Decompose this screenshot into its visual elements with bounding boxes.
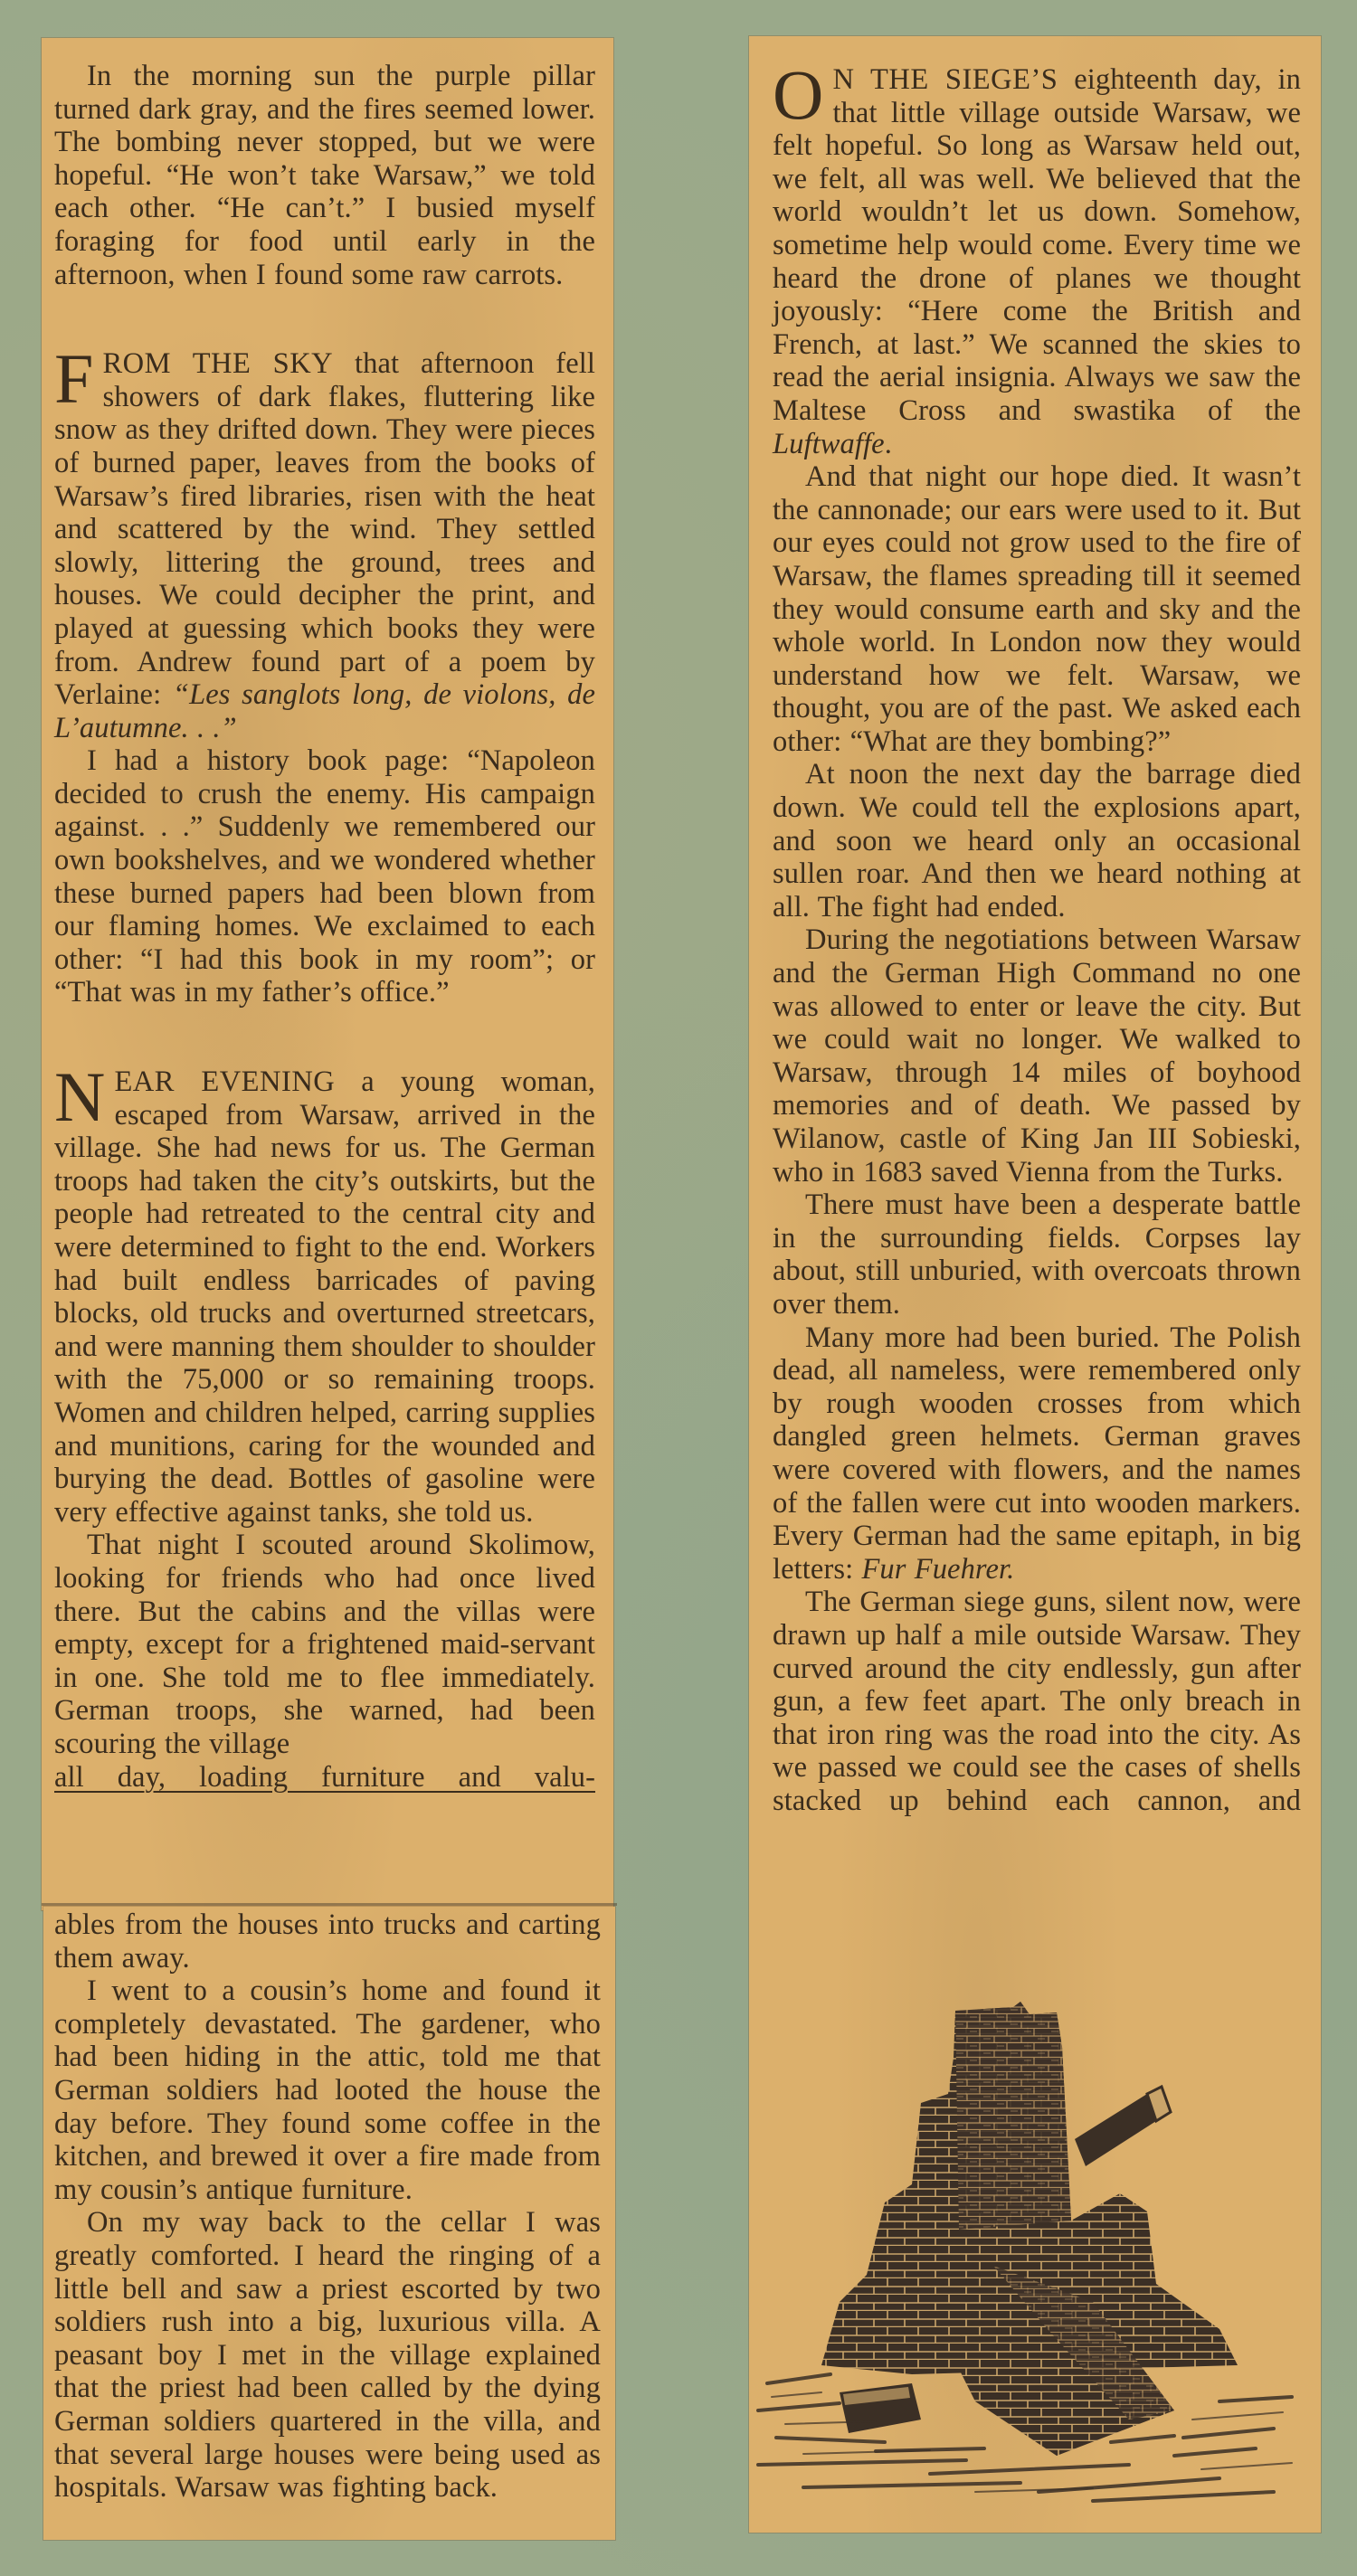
negotiations-paragraph: During the negotiations between Warsaw a…	[773, 923, 1301, 1189]
buried-paragraph: Many more had been buried. The Polish de…	[773, 1321, 1301, 1586]
article-text-left-top: In the morning sun the purple pillar tur…	[54, 60, 595, 1794]
dropcap-f: F	[54, 351, 93, 407]
cousin-paragraph: I went to a cousin’s home and found it c…	[54, 1975, 601, 2206]
dropcap-o: O	[773, 67, 823, 123]
section-body: that afternoon fell showers of dark flak…	[54, 347, 595, 711]
clipping-cut-line	[42, 1903, 617, 1906]
dropcap-n: N	[54, 1069, 105, 1125]
section-siege: ON THE SIEGE’S eighteenth day, in that l…	[773, 63, 1301, 460]
noon-paragraph: At noon the next day the barrage died do…	[773, 758, 1301, 923]
clipping-left-bottom: ables from the houses into trucks and ca…	[43, 1907, 615, 2540]
continuation-paragraph: ables from the houses into trucks and ca…	[54, 1908, 601, 1975]
article-text-left-bottom: ables from the houses into trucks and ca…	[54, 1908, 601, 2505]
section-body: a young woman, escaped from Warsaw, arri…	[54, 1065, 595, 1529]
section-from-the-sky: FROM THE SKY that afternoon fell showers…	[54, 347, 595, 744]
cellar-paragraph: On my way back to the cellar I was great…	[54, 2206, 601, 2504]
clipping-right: ON THE SIEGE’S eighteenth day, in that l…	[749, 36, 1321, 2533]
article-text-right: ON THE SIEGE’S eighteenth day, in that l…	[773, 63, 1301, 1817]
section-lead: N THE SIEGE’S	[832, 63, 1058, 96]
section-body: eighteenth day, in that little village o…	[773, 63, 1301, 427]
ruin-woodcut-icon	[749, 1985, 1321, 2510]
buried-text: Many more had been buried. The Polish de…	[773, 1321, 1301, 1586]
epitaph: Fur Fuehrer.	[861, 1553, 1014, 1586]
section-lead: EAR EVENING	[114, 1065, 335, 1098]
battle-paragraph: There must have been a desperate battle …	[773, 1189, 1301, 1321]
ruined-building-illustration	[749, 1985, 1321, 2510]
history-paragraph: I had a history book page: “Napoleon dec…	[54, 744, 595, 1009]
hope-died-paragraph: And that night our hope died. It wasn’t …	[773, 460, 1301, 758]
siege-guns-paragraph: The German siege guns, silent now, were …	[773, 1586, 1301, 1817]
section-tail: .	[885, 428, 892, 460]
section-lead: ROM THE SKY	[102, 347, 333, 380]
intro-paragraph: In the morning sun the purple pillar tur…	[54, 60, 595, 291]
underlined-line: all day, loading furniture and valu-	[54, 1761, 595, 1795]
clipping-left-top: In the morning sun the purple pillar tur…	[42, 38, 613, 1910]
section-near-evening: NEAR EVENING a young woman, escaped from…	[54, 1065, 595, 1529]
skolimow-paragraph: That night I scouted around Skolimow, lo…	[54, 1529, 595, 1760]
luftwaffe-word: Luftwaffe	[773, 428, 885, 460]
